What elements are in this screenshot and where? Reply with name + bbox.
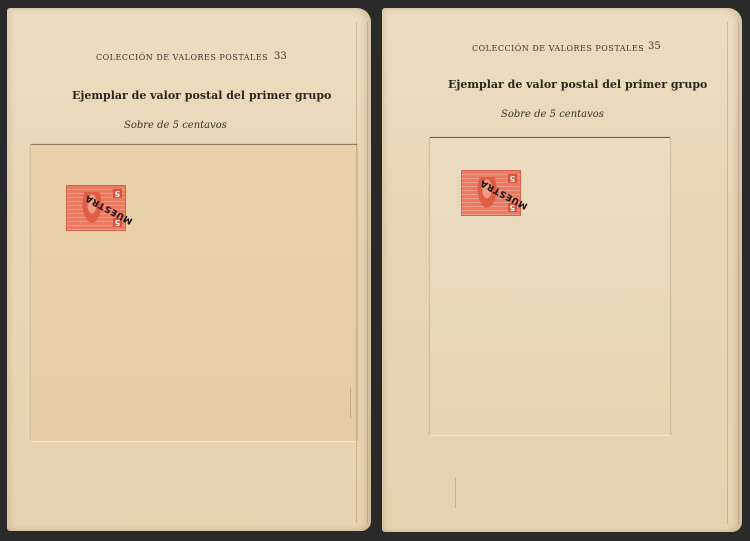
album-page-right: Colección de Valores Postales 35 Ejempla… [382, 8, 742, 532]
specimen-stamp: 5 5 MUESTRA [461, 170, 521, 216]
specimen-stamp: 5 5 MUESTRA [66, 185, 126, 231]
stamp-value: 5 [508, 174, 517, 183]
page-subtitle: Ejemplar de valor postal del primer grup… [72, 89, 331, 102]
page-number: 33 [274, 51, 287, 62]
page-caption: Sobre de 5 centavos [501, 109, 604, 120]
page-caption: Sobre de 5 centavos [124, 120, 227, 131]
page-number: 35 [648, 41, 661, 52]
postal-envelope: 5 5 MUESTRA [430, 137, 670, 435]
running-head: Colección de Valores Postales [472, 44, 644, 53]
album-page-left: Colección de Valores Postales 33 Ejempla… [7, 8, 371, 531]
running-head: Colección de Valores Postales [96, 53, 268, 62]
stamp-value: 5 [113, 189, 122, 198]
paper-crease [455, 478, 456, 508]
paper-crease [350, 388, 351, 418]
page-subtitle: Ejemplar de valor postal del primer grup… [448, 78, 707, 91]
postal-envelope: 5 5 MUESTRA [31, 144, 357, 441]
